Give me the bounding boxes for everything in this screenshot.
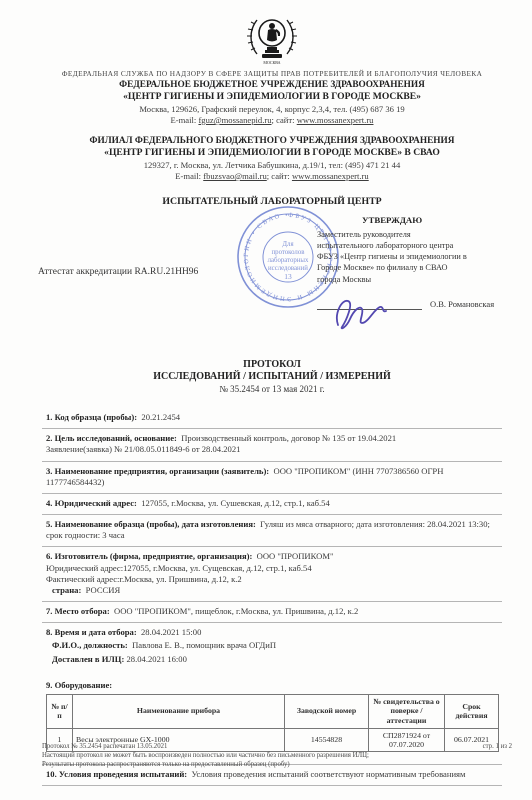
accreditation-certificate: Аттестат аккредитации RA.RU.21HH96 [38,267,198,277]
org-email-link[interactable]: fguz@mossanepid.ru [198,115,271,125]
footer-print-info: Протокол № 35.2454 распечатан 13.05.2021 [42,742,167,751]
protocol-number: № 35.2454 от 13 мая 2021 г. [42,384,502,394]
stamp-line2: протоколов [272,249,305,256]
section6-legal-address: Юридический адрес:127055, г.Москва, ул. … [46,563,502,574]
org-name-line1: ФЕДЕРАЛЬНОЕ БЮДЖЕТНОЕ УЧРЕЖДЕНИЕ ЗДРАВОО… [42,80,502,90]
approval-line4: Городе Москве» по филиалу в СВАО [317,262,532,273]
section-equipment: 9. Оборудование: № п/п Наименование приб… [42,670,502,752]
protocol-title-line2: ИССЛЕДОВАНИЙ / ИСПЫТАНИЙ / ИЗМЕРЕНИЙ [42,371,502,382]
org-address: Москва, 129626, Графский переулок, 4, ко… [42,104,502,114]
section1-value: 20.21.2454 [141,412,180,422]
section6-value: ООО "ПРОПИКОМ" [257,551,334,561]
branch-email-link[interactable]: fbuzsvao@mail.ru [203,171,267,181]
section-sampling-time: 8. Время и дата отбора: 28.04.2021 15:00… [42,622,502,670]
header: МОСКВА ФЕДЕРАЛЬНАЯ СЛУЖБА ПО НАДЗОРУ В С… [42,14,502,125]
section8-delivered: 28.04.2021 16:00 [127,654,187,664]
protocol-title-block: ПРОТОКОЛ ИССЛЕДОВАНИЙ / ИСПЫТАНИЙ / ИЗМЕ… [42,359,502,394]
stamp-number: 13 [284,272,292,281]
section6-country-row: страна: РОССИЯ [52,585,502,596]
stamp-line4: исследований [268,265,308,272]
approval-zone: Аттестат аккредитации RA.RU.21HH96 ФБУЗ … [42,215,502,355]
approval-line3: ФБУЗ «Центр гигиены и эпидемиологии в [317,251,532,262]
site-label: сайт: [276,115,294,125]
branch-site-link[interactable]: www.mossanexpert.ru [292,171,369,181]
approval-line5: города Москвы [317,274,532,285]
sections: 1. Код образца (пробы): 20.21.2454 2. Це… [42,408,502,786]
signee-name: О.В. Романовская [430,299,494,310]
approval-line1: Заместитель руководителя [317,229,532,240]
section8-label: 8. Время и дата отбора: [46,627,137,637]
branch-email-label: E-mail: [175,171,201,181]
section4-value: 127055, г.Москва, ул. Сушевская, д.12, с… [141,498,330,508]
section-manufacturer: 6. Изготовитель (фирма, предприятие, орг… [42,546,502,601]
col-header-num: № п/п [47,694,73,728]
section6-country-label: страна: [52,585,81,595]
section8-value: 28.04.2021 15:00 [141,627,201,637]
section6-label: 6. Изготовитель (фирма, предприятие, орг… [46,551,252,561]
section2-value: Производственный контроль, договор № 135… [181,433,396,443]
approval-line2: испытательного лабораторного центра [317,240,532,251]
protocol-title-line1: ПРОТОКОЛ [42,359,502,370]
emblem-caption: МОСКВА [263,60,280,65]
section6-country: РОССИЯ [86,585,121,595]
page-number: стр. 1 из 2 [483,742,512,751]
section-sample-name: 5. Наименование образца (пробы), дата из… [42,514,502,546]
stamp-line3: лабораторных [268,257,309,264]
section5-label: 5. Наименование образца (пробы), дата из… [46,519,256,529]
branch-contacts: E-mail: fbuzsvao@mail.ru; сайт: www.moss… [42,171,502,181]
section2-line2: Заявление(заявка) № 21/08.05.011849-6 от… [46,444,502,455]
section10-label: 10. Условия проведения испытаний: [46,769,187,779]
document-page: МОСКВА ФЕДЕРАЛЬНАЯ СЛУЖБА ПО НАДЗОРУ В С… [0,0,532,800]
section4-label: 4. Юридический адрес: [46,498,137,508]
footer-disclaimer-line2: Результаты протокола распространяются то… [42,760,512,769]
section-sampling-place: 7. Место отбора: ООО "ПРОПИКОМ", пищебло… [42,601,502,622]
stamp-line1: Для [282,241,293,248]
branch-name-line1: ФИЛИАЛ ФЕДЕРАЛЬНОГО БЮДЖЕТНОГО УЧРЕЖДЕНИ… [42,136,502,146]
footer-row: Протокол № 35.2454 распечатан 13.05.2021… [42,742,512,751]
section6-actual-address: Фактический адрес:г.Москва, ул. Пришвина… [46,574,502,585]
branch-header: ФИЛИАЛ ФЕДЕРАЛЬНОГО БЮДЖЕТНОГО УЧРЕЖДЕНИ… [42,136,502,181]
section-applicant: 3. Наименование предприятия, организации… [42,461,502,493]
section8-delivered-row: Доставлен в ИЛЦ: 28.04.2021 16:00 [52,654,502,665]
section-legal-address: 4. Юридический адрес: 127055, г.Москва, … [42,493,502,514]
section8-fio: Павлова Е. В., помощник врача ОГДиП [132,640,276,650]
agency-line: ФЕДЕРАЛЬНАЯ СЛУЖБА ПО НАДЗОРУ В СФЕРЕ ЗА… [42,69,502,78]
section-purpose: 2. Цель исследований, основание: Произво… [42,428,502,460]
section10-value: Условия проведения испытаний соответству… [191,769,465,779]
section2-label: 2. Цель исследований, основание: [46,433,177,443]
approval-title: УТВЕРЖДАЮ [362,215,532,227]
org-name-line2: «ЦЕНТР ГИГИЕНЫ И ЭПИДЕМИОЛОГИИ В ГОРОДЕ … [42,91,502,102]
handwritten-signature-icon [332,295,402,333]
section8-fio-row: Ф.И.О., должность: Павлова Е. В., помощн… [52,640,502,651]
section7-value: ООО "ПРОПИКОМ", пищеблок, г.Москва, ул. … [114,606,358,616]
equipment-table-header-row: № п/п Наименование прибора Заводской ном… [47,694,499,728]
section1-label: 1. Код образца (пробы): [46,412,137,422]
section7-label: 7. Место отбора: [46,606,110,616]
logo-wrap: МОСКВА [42,14,502,66]
rospotrebnadzor-emblem-icon: МОСКВА [245,14,299,66]
branch-name-line2: «ЦЕНТР ГИГИЕНЫ И ЭПИДЕМИОЛОГИИ В ГОРОДЕ … [42,147,502,158]
section9-label: 9. Оборудование: [46,680,112,690]
col-header-device: Наименование прибора [73,694,285,728]
col-header-serial: Заводской номер [285,694,369,728]
branch-site-label: сайт: [271,171,289,181]
section3-label: 3. Наименование предприятия, организации… [46,466,269,476]
footer-disclaimer-line1: Настоящий протокол не может быть воспрои… [42,751,512,760]
org-contacts: E-mail: fguz@mossanepid.ru; сайт: www.mo… [42,115,502,125]
org-site-link[interactable]: www.mossanexpert.ru [297,115,374,125]
section-sample-code: 1. Код образца (пробы): 20.21.2454 [42,408,502,428]
footer: Протокол № 35.2454 распечатан 13.05.2021… [42,742,512,770]
section8-delivered-label: Доставлен в ИЛЦ: [52,654,124,664]
col-header-certificate: № свидетельства о поверке / аттестации [369,694,445,728]
col-header-valid: Срок действия [445,694,499,728]
section8-fio-label: Ф.И.О., должность: [52,640,128,650]
branch-address: 129327, г. Москва, ул. Летчика Бабушкина… [42,160,502,170]
email-label: E-mail: [171,115,197,125]
